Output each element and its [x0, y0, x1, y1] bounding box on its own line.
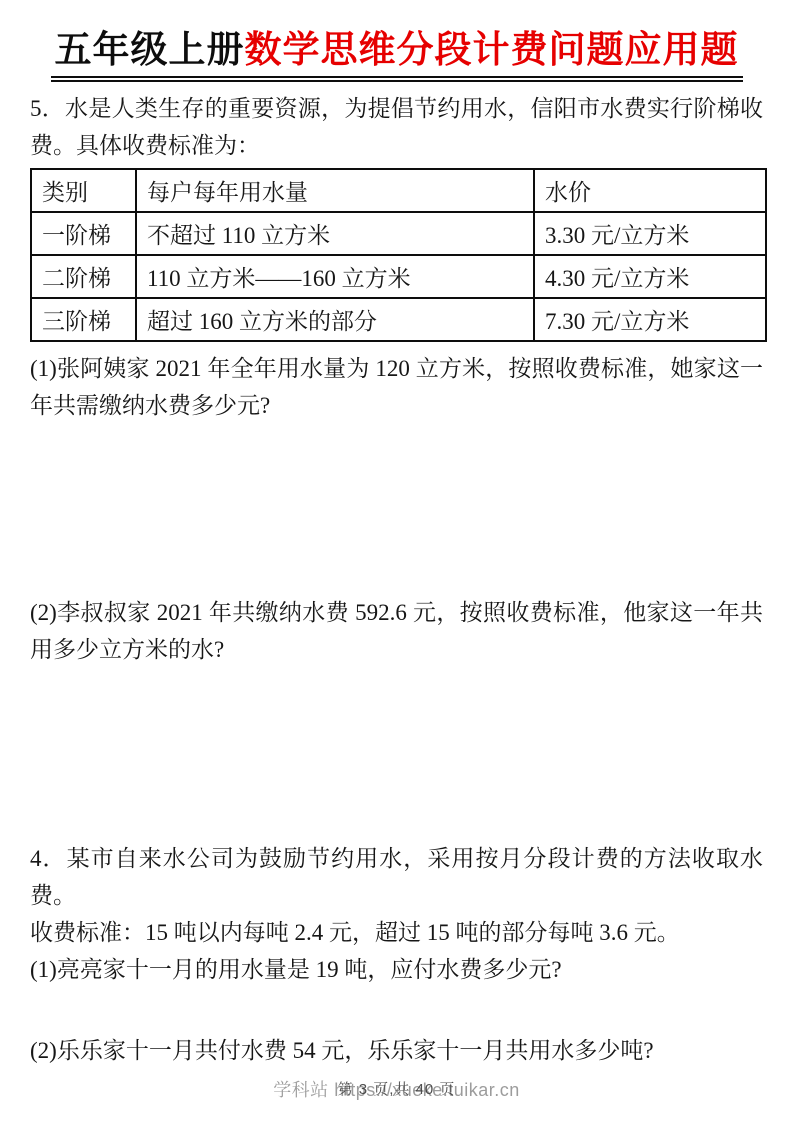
table-cell: 不超过 110 立方米 — [136, 212, 534, 255]
question-5-sub2: (2)李叔叔家 2021 年共缴纳水费 592.6 元，按照收费标准，他家这一年… — [30, 594, 763, 668]
title-grade-part: 五年级上册 — [55, 30, 245, 71]
worksheet-page: 五年级上册数学思维分段计费问题应用题 5．水是人类生存的重要资源，为提倡节约用水… — [0, 0, 793, 1122]
table-cell: 4.30 元/立方米 — [534, 255, 766, 298]
fee-table-row-tier3: 三阶梯 超过 160 立方米的部分 7.30 元/立方米 — [31, 298, 766, 341]
header-cell-price: 水价 — [534, 169, 766, 212]
table-cell: 3.30 元/立方米 — [534, 212, 766, 255]
title-underlined-text: 五年级上册数学思维分段计费问题应用题 — [51, 28, 743, 82]
question-4-fee-standard: 收费标准：15 吨以内每吨 2.4 元，超过 15 吨的部分每吨 3.6 元。 — [30, 914, 763, 951]
table-cell: 三阶梯 — [31, 298, 136, 341]
water-fee-table: 类别 每户每年用水量 水价 一阶梯 不超过 110 立方米 3.30 元/立方米… — [30, 168, 767, 342]
title-topic-part: 数学思维分段计费问题应用题 — [245, 30, 739, 71]
question-4-sub1: (1)亮亮家十一月的用水量是 19 吨，应付水费多少元? — [30, 951, 763, 988]
table-cell: 110 立方米——160 立方米 — [136, 255, 534, 298]
table-cell: 一阶梯 — [31, 212, 136, 255]
table-cell: 超过 160 立方米的部分 — [136, 298, 534, 341]
fee-table-row-tier2: 二阶梯 110 立方米——160 立方米 4.30 元/立方米 — [31, 255, 766, 298]
answer-space — [30, 424, 763, 594]
table-cell: 二阶梯 — [31, 255, 136, 298]
header-cell-category: 类别 — [31, 169, 136, 212]
answer-space — [30, 988, 763, 1032]
answer-space — [30, 668, 763, 840]
fee-table-header-row: 类别 每户每年用水量 水价 — [31, 169, 766, 212]
table-cell: 7.30 元/立方米 — [534, 298, 766, 341]
question-4-sub2: (2)乐乐家十一月共付水费 54 元，乐乐家十一月共用水多少吨? — [30, 1032, 763, 1069]
page-footer: 学科站 https://xueke.tuikar.cn 第 3 页,共 40 页 — [0, 1076, 793, 1100]
page-number: 第 3 页,共 40 页 — [338, 1078, 456, 1099]
question-5-sub1: (1)张阿姨家 2021 年全年用水量为 120 立方米，按照收费标准，她家这一… — [30, 350, 763, 424]
question-4-intro: 4．某市自来水公司为鼓励节约用水，采用按月分段计费的方法收取水费。 — [30, 840, 763, 914]
header-cell-usage: 每户每年用水量 — [136, 169, 534, 212]
fee-table-row-tier1: 一阶梯 不超过 110 立方米 3.30 元/立方米 — [31, 212, 766, 255]
question-5-intro: 5．水是人类生存的重要资源，为提倡节约用水，信阳市水费实行阶梯收费。具体收费标准… — [30, 90, 763, 164]
page-title: 五年级上册数学思维分段计费问题应用题 — [30, 28, 763, 82]
